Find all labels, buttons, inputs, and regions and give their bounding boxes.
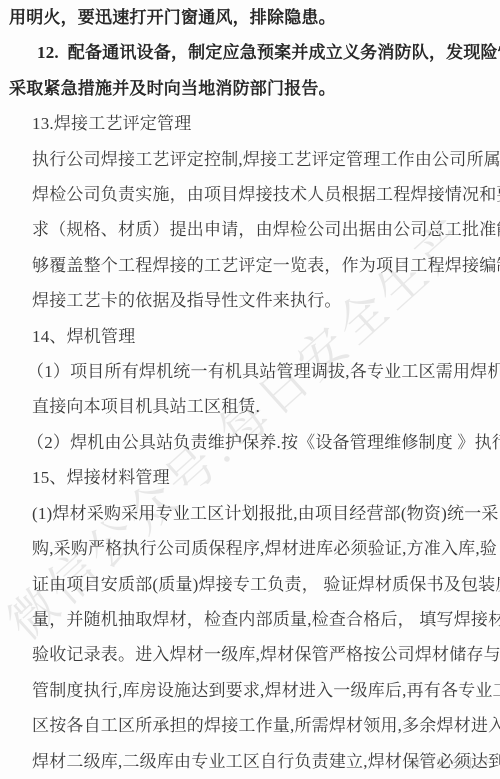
text-line: 验收记录表。进入焊材一级库,焊材保管严格按公司焊材储存与保 bbox=[0, 637, 500, 672]
text-line: 够覆盖整个工程焊接的工艺评定一览表，作为项目工程焊接编制 bbox=[0, 248, 500, 283]
text-line: （1）项目所有焊机统一有机具站管理调拔,各专业工区需用焊机 bbox=[0, 354, 500, 389]
text-line: 直接向本项目机具站工区租赁. bbox=[0, 389, 500, 424]
text-line: (1)焊材采购采用专业工区计划报批,由项目经营部(物资)统一采 bbox=[0, 496, 500, 531]
text-line: 求（规格、材质）提出申请，由焊检公司出据由公司总工批准能 bbox=[0, 212, 500, 247]
text-line: 焊检公司负责实施，由项目焊接技术人员根据工程焊接情况和要 bbox=[0, 177, 500, 212]
text-line: 执行公司焊接工艺评定控制,焊接工艺评定管理工作由公司所属 bbox=[0, 142, 500, 177]
text-line: 区按各自工区所承担的焊接工作量,所需焊材领用,多余焊材进入 bbox=[0, 708, 500, 743]
document-body: 用明火，要迅速打开门窗通风，排除隐患。12. 配备通讯设备，制定应急预案并成立义… bbox=[0, 0, 500, 779]
text-line: 12. 配备通讯设备，制定应急预案并成立义务消防队，发现险情 bbox=[0, 35, 500, 70]
text-line: 管制度执行,库房设施达到要求,焊材进入一级库后,再有各专业工 bbox=[0, 673, 500, 708]
document-page: { "page": { "background": "#fdfdfd", "bo… bbox=[0, 0, 500, 779]
text-line: 证由项目安质部(质量)焊接专工负责， 验证焊材质保书及包装质 bbox=[0, 567, 500, 602]
text-line: 14、焊机管理 bbox=[0, 319, 500, 354]
text-line: 采取紧急措施并及时向当地消防部门报告。 bbox=[0, 71, 500, 106]
text-line: 15、焊接材料管理 bbox=[0, 460, 500, 495]
text-line: 量，并随机抽取焊材，检查内部质量,检查合格后， 填写焊接材料 bbox=[0, 602, 500, 637]
text-line: 购,采购严格执行公司质保程序,焊材进库必须验证,方准入库,验 bbox=[0, 531, 500, 566]
text-line: 焊材二级库,二级库由专业工区自行负责建立,焊材保管必须达到 bbox=[0, 744, 500, 779]
text-line: （2）焊机由公具站负责维护保养.按《设备管理维修制度 》执行。 bbox=[0, 425, 500, 460]
text-line: 用明火，要迅速打开门窗通风，排除隐患。 bbox=[0, 0, 500, 35]
text-line: 焊接工艺卡的依据及指导性文件来执行。 bbox=[0, 283, 500, 318]
text-line: 13.焊接工艺评定管理 bbox=[0, 106, 500, 141]
